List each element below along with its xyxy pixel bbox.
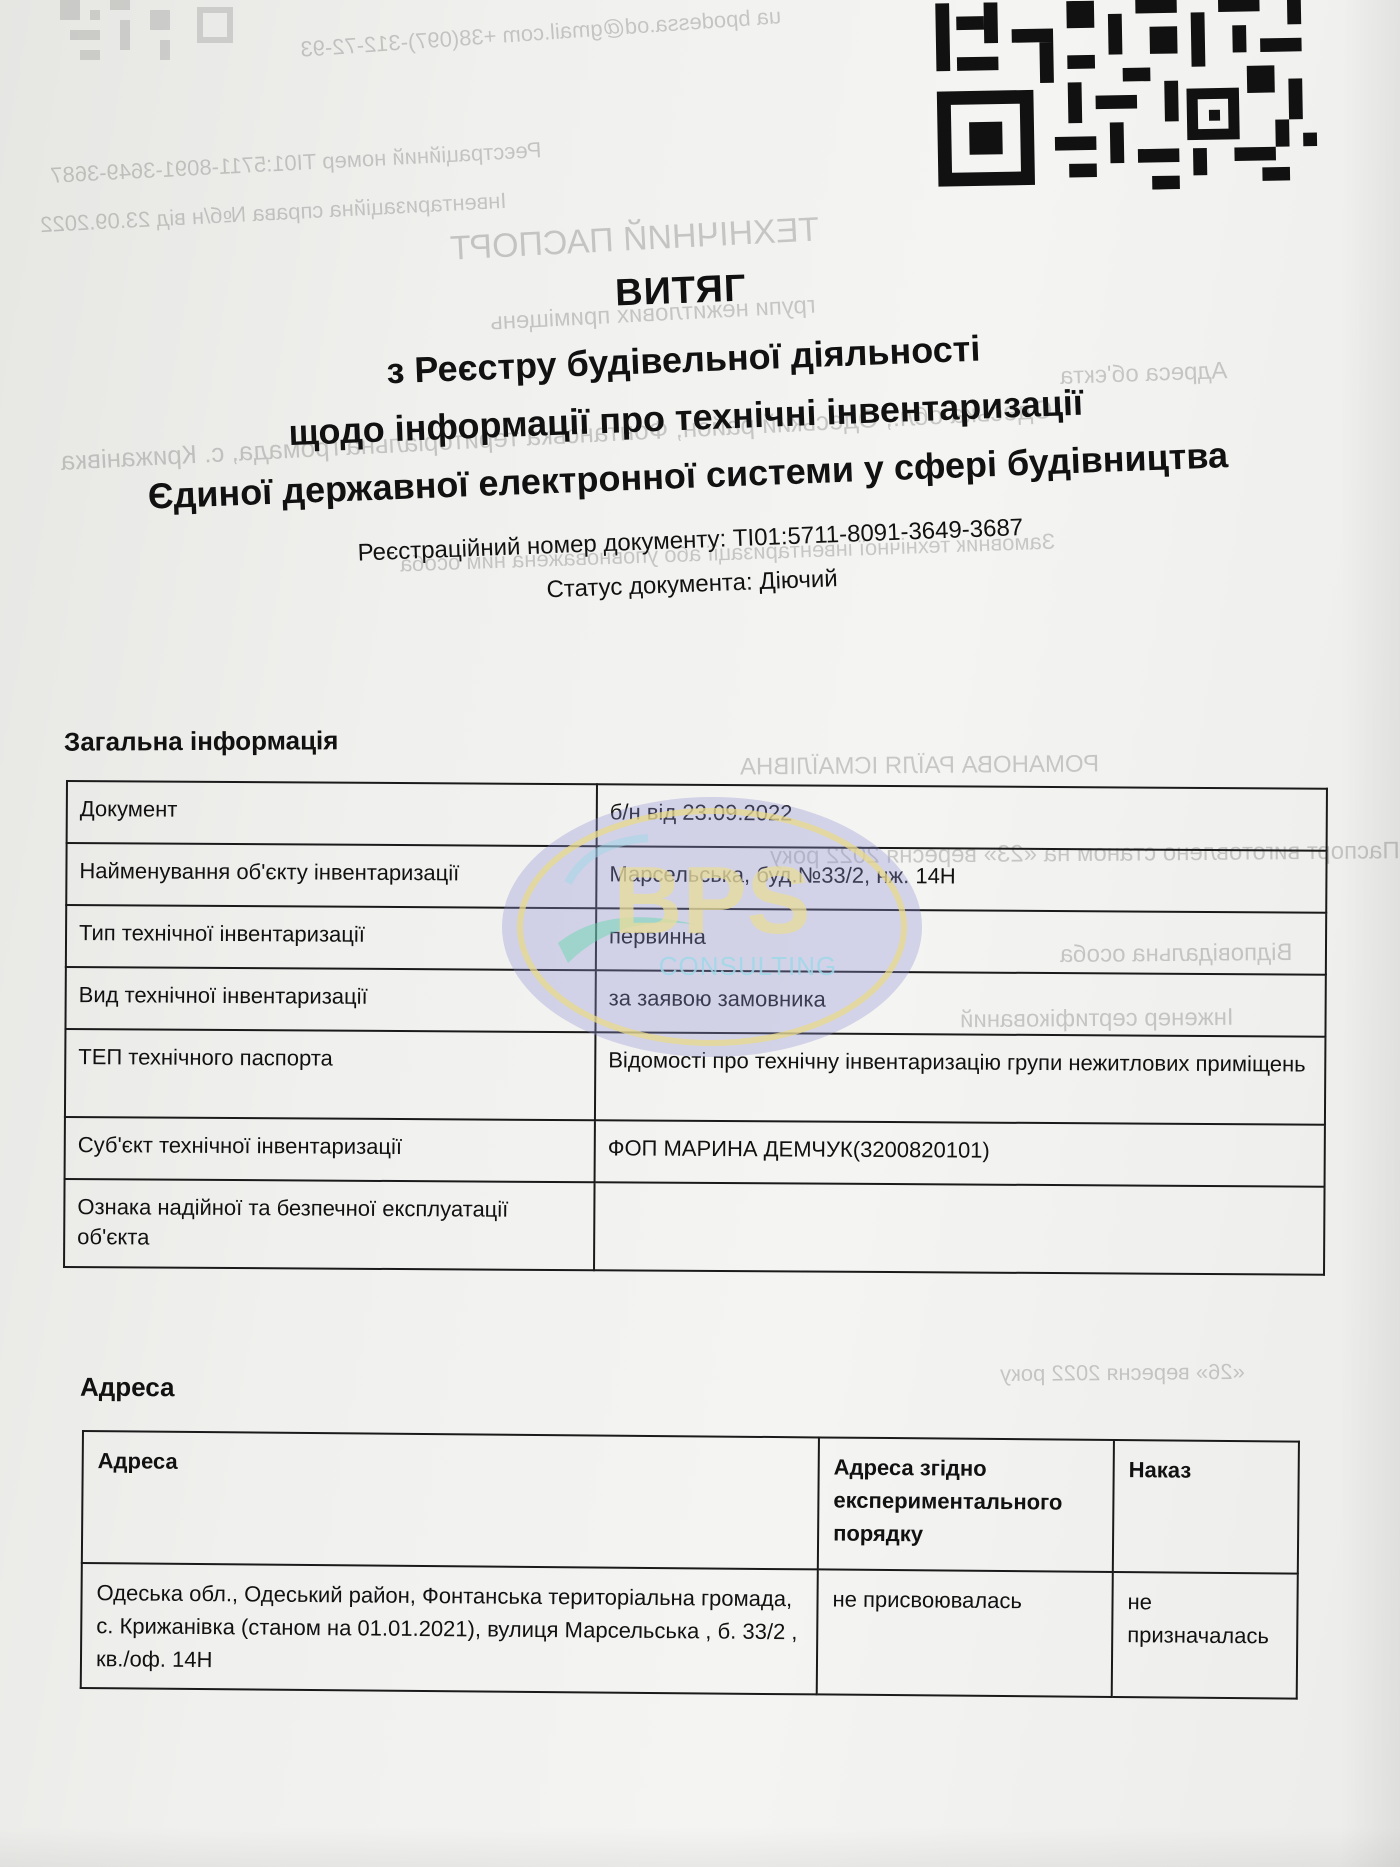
table-row: Тип технічної інвентаризації первинна — [66, 905, 1326, 975]
ghost-contact-line: ua bpodessa.od@gmail.com +38(097)-312-72… — [300, 3, 782, 63]
experimental-address-cell: не присвоювалась — [817, 1569, 1113, 1697]
document-page: ua bpodessa.od@gmail.com +38(097)-312-72… — [0, 0, 1400, 1867]
row-label: Вид технічної інвентаризації — [65, 967, 595, 1032]
address-heading: Адреса — [80, 1372, 175, 1403]
registration-number: ТІ01:5711-8091-3649-3687 — [732, 514, 1023, 552]
general-info-table: Документ б/н від 23.09.2022 Найменування… — [63, 780, 1328, 1276]
table-row: Одеська обл., Одеський район, Фонтанська… — [81, 1563, 1298, 1699]
table-row: ТЕП технічного паспорта Відомості про те… — [65, 1029, 1326, 1125]
ghost-date-bottom: «26» вересня 2022 року — [1000, 1359, 1245, 1387]
table-row: Найменування об'єкту інвентаризації Марс… — [66, 843, 1326, 913]
column-header-address: Адреса — [82, 1431, 819, 1569]
faint-qr-code-icon — [60, 0, 240, 70]
ghost-tech-passport: ТЕХНІЧНИЙ ПАСПОРТ — [449, 210, 820, 268]
page-edge-shadow — [1340, 0, 1400, 1867]
ghost-reg-number: Реєстраційний номер ТІ01:5711-8091-3649-… — [50, 137, 542, 189]
ghost-inventory-case: Інвентаризаційна справа №б/н від 23.09.2… — [40, 188, 507, 238]
row-label: Суб'єкт технічної інвентаризації — [65, 1117, 595, 1182]
page-bottom-shadow — [0, 1827, 1400, 1867]
document-header: ВИТЯГ з Реєстру будівельної діяльності щ… — [60, 246, 1312, 622]
table-header-row: Адреса Адреса згідно експериментального … — [82, 1431, 1299, 1574]
table-row: Документ б/н від 23.09.2022 — [67, 781, 1327, 851]
row-value: Марсельська, буд.№33/2, нж. 14Н — [596, 846, 1326, 912]
status-label: Статус документа: — [546, 568, 753, 603]
column-header-experimental-address: Адреса згідно експериментального порядку — [818, 1437, 1114, 1572]
address-cell: Одеська обл., Одеський район, Фонтанська… — [81, 1563, 818, 1694]
row-label: Ознака надійної та безпечної експлуатаці… — [64, 1179, 595, 1270]
row-label: ТЕП технічного паспорта — [65, 1029, 596, 1120]
registration-label: Реєстраційний номер документу: — [357, 525, 727, 566]
row-value: Відомості про технічну інвентаризацію гр… — [595, 1032, 1326, 1124]
row-label: Документ — [67, 781, 597, 846]
general-info-heading: Загальна інформація — [64, 725, 339, 757]
table-row: Вид технічної інвентаризації за заявою з… — [65, 967, 1325, 1037]
table-row: Ознака надійної та безпечної експлуатаці… — [64, 1179, 1325, 1275]
address-table: Адреса Адреса згідно експериментального … — [80, 1430, 1300, 1700]
qr-code-icon — [928, 0, 1331, 193]
order-cell: не призначалась — [1112, 1572, 1298, 1699]
table-row: Суб'єкт технічної інвентаризації ФОП МАР… — [65, 1117, 1325, 1187]
row-value: за заявою замовника — [595, 970, 1325, 1036]
row-value — [594, 1182, 1325, 1274]
status-value: Діючий — [759, 565, 838, 595]
ghost-owner-name: РОМАНОВА РАЇЛЯ ІСМАЇЛІВНА — [740, 750, 1099, 781]
row-label: Тип технічної інвентаризації — [66, 905, 596, 970]
row-value: б/н від 23.09.2022 — [597, 784, 1327, 850]
row-value: первинна — [596, 908, 1326, 974]
column-header-order: Наказ — [1113, 1440, 1299, 1574]
row-value: ФОП МАРИНА ДЕМЧУК(3200820101) — [595, 1120, 1325, 1186]
row-label: Найменування об'єкту інвентаризації — [66, 843, 596, 908]
